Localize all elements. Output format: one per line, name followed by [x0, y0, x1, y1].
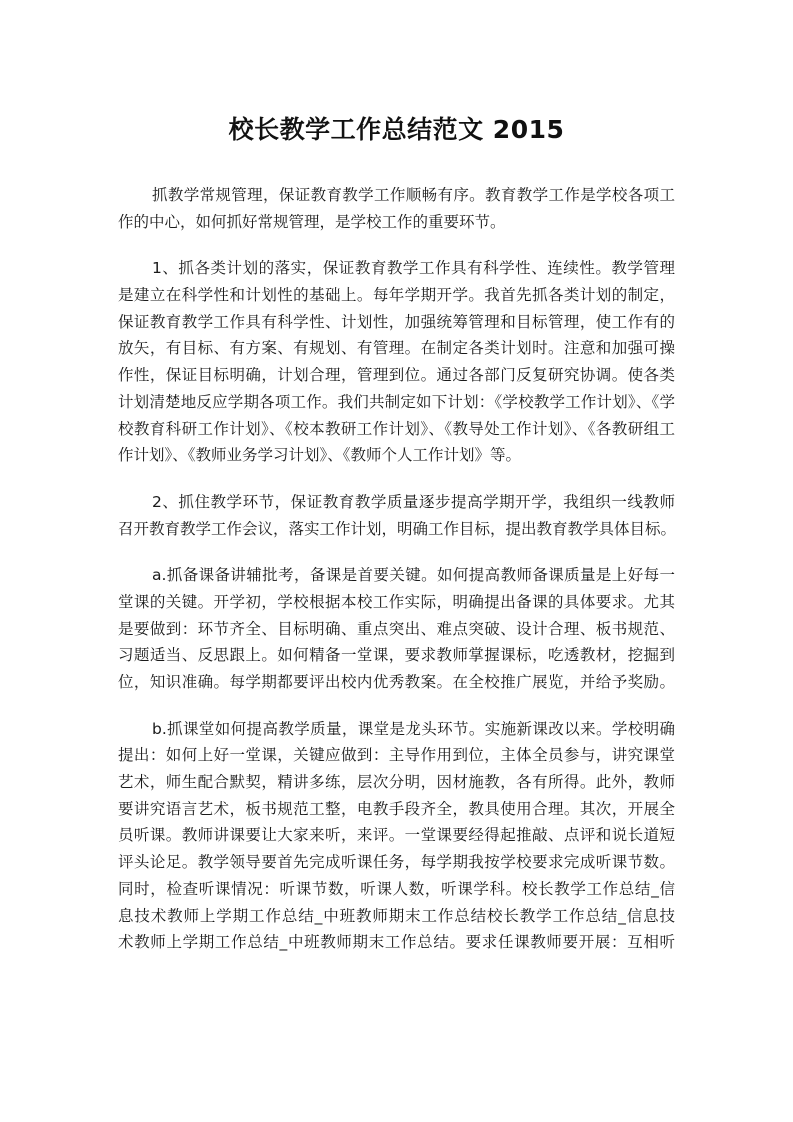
text-line: 堂课的关键。开学初，学校根据本校工作实际，明确提出备课的具体要求。尤其 — [118, 589, 675, 616]
paragraph-section-2: 2、抓住教学环节，保证教育教学质量逐步提高学期开学，我组织一线教师 召开教育教学… — [118, 489, 675, 542]
paragraph-intro: 抓教学常规管理，保证教育教学工作顺畅有序。教育教学工作是学校各项工 作的中心，如… — [118, 182, 675, 235]
text-line: 作的中心，如何抓好常规管理，是学校工作的重要环节。 — [118, 209, 675, 236]
text-line: 抓教学常规管理，保证教育教学工作顺畅有序。教育教学工作是学校各项工 — [118, 182, 675, 209]
text-line: 员听课。教师讲课要让大家来听，来评。一堂课要经得起推敲、点评和说长道短 — [118, 822, 675, 849]
paragraph-section-2b: b.抓课堂如何提高教学质量，课堂是龙头环节。实施新课改以来。学校明确 提出：如何… — [118, 716, 675, 956]
text-line: 是建立在科学性和计划性的基础上。每年学期开学。我首先抓各类计划的制定， — [118, 282, 675, 309]
text-line: 要讲究语言艺术，板书规范工整，电教手段齐全，教具使用合理。其次，开展全 — [118, 796, 675, 823]
paragraph-section-2a: a.抓备课备讲辅批考，备课是首要关键。如何提高教师备课质量是上好每一 堂课的关键… — [118, 562, 675, 695]
document-page: 校长教学工作总结范文 2015 抓教学常规管理，保证教育教学工作顺畅有序。教育教… — [0, 0, 793, 1122]
document-body: 抓教学常规管理，保证教育教学工作顺畅有序。教育教学工作是学校各项工 作的中心，如… — [118, 182, 675, 976]
text-line: 习题适当、反思跟上。如何精备一堂课，要求教师掌握课标，吃透教材，挖掘到 — [118, 642, 675, 669]
text-line: 2、抓住教学环节，保证教育教学质量逐步提高学期开学，我组织一线教师 — [118, 489, 675, 516]
text-line: 作计划》、《教师业务学习计划》、《教师个人工作计划》等。 — [118, 442, 675, 469]
text-line: 计划清楚地反应学期各项工作。我们共制定如下计划：《学校教学工作计划》、《学 — [118, 389, 675, 416]
text-line: 作性，保证目标明确，计划合理，管理到位。通过各部门反复研究协调。使各类 — [118, 362, 675, 389]
text-line: 提出：如何上好一堂课，关键应做到：主导作用到位，主体全员参与，讲究课堂 — [118, 742, 675, 769]
text-line: 1、抓各类计划的落实，保证教育教学工作具有科学性、连续性。教学管理 — [118, 255, 675, 282]
text-line: 位，知识准确。每学期都要评出校内优秀教案。在全校推广展览，并给予奖励。 — [118, 669, 675, 696]
text-line: 召开教育教学工作会议，落实工作计划，明确工作目标，提出教育教学具体目标。 — [118, 516, 675, 543]
text-line: a.抓备课备讲辅批考，备课是首要关键。如何提高教师备课质量是上好每一 — [118, 562, 675, 589]
text-line: 评头论足。教学领导要首先完成听课任务，每学期我按学校要求完成听课节数。 — [118, 849, 675, 876]
text-line: 保证教育教学工作具有科学性、计划性，加强统筹管理和目标管理，使工作有的 — [118, 309, 675, 336]
document-title: 校长教学工作总结范文 2015 — [0, 112, 793, 148]
text-line: b.抓课堂如何提高教学质量，课堂是龙头环节。实施新课改以来。学校明确 — [118, 716, 675, 743]
text-line: 息技术教师上学期工作总结_中班教师期末工作总结校长教学工作总结_信息技 — [118, 903, 675, 930]
text-line: 同时，检查听课情况：听课节数，听课人数，听课学科。校长教学工作总结_信 — [118, 876, 675, 903]
paragraph-section-1: 1、抓各类计划的落实，保证教育教学工作具有科学性、连续性。教学管理 是建立在科学… — [118, 255, 675, 469]
text-line: 艺术，师生配合默契，精讲多练，层次分明，因材施教，各有所得。此外，教师 — [118, 769, 675, 796]
text-line: 术教师上学期工作总结_中班教师期末工作总结。要求任课教师要开展：互相听 — [118, 929, 675, 956]
text-line: 校教育科研工作计划》、《校本教研工作计划》、《教导处工作计划》、《各教研组工 — [118, 416, 675, 443]
text-line: 放矢，有目标、有方案、有规划、有管理。在制定各类计划时。注意和加强可操 — [118, 335, 675, 362]
text-line: 是要做到：环节齐全、目标明确、重点突出、难点突破、设计合理、板书规范、 — [118, 616, 675, 643]
